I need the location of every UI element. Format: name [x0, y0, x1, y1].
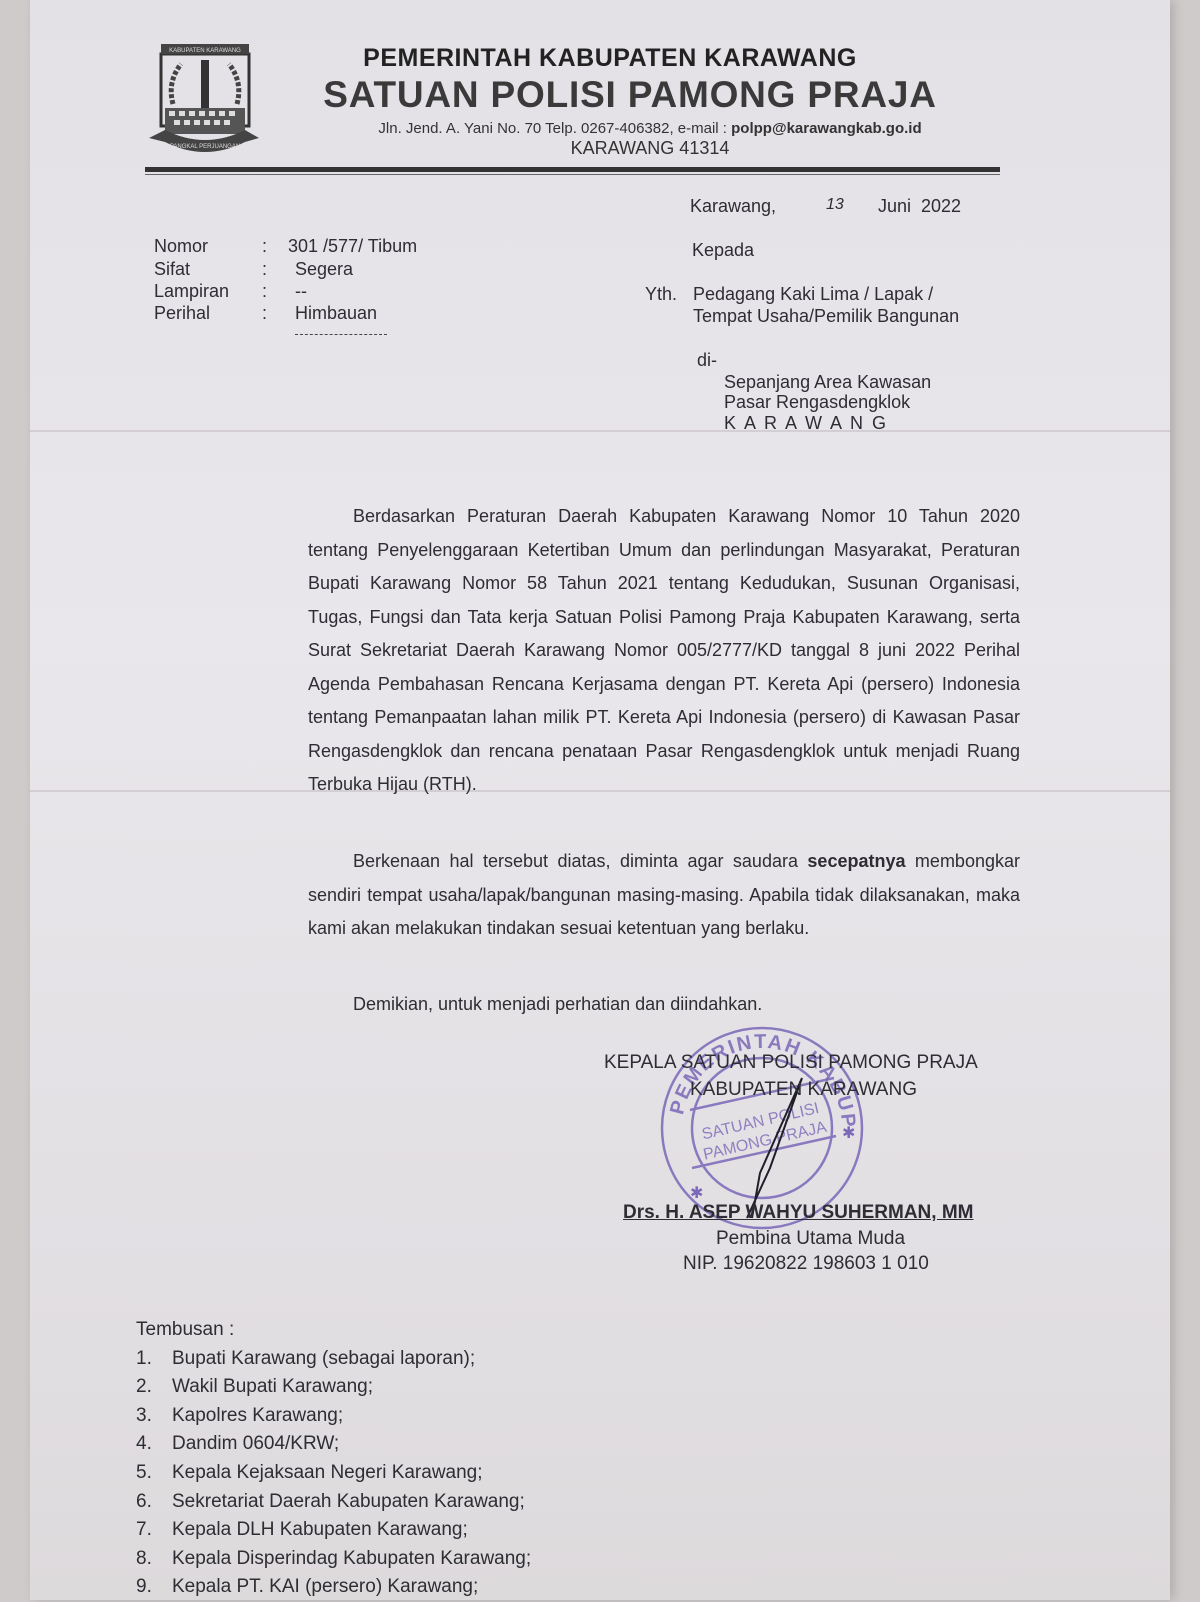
body-paragraph-2: Berkenaan hal tersebut diatas, diminta a… — [308, 845, 1020, 946]
meta-label-perihal: Perihal — [154, 303, 254, 324]
meta-value-lampiran: -- — [295, 281, 307, 302]
agency-city-postal: KARAWANG 41314 — [300, 138, 1000, 159]
paper-fold-line — [30, 430, 1170, 432]
signatory-title-line1: KEPALA SATUAN POLISI PAMONG PRAJA — [604, 1052, 978, 1074]
meta-value-sifat: Segera — [295, 259, 353, 280]
meta-colon: : — [262, 236, 267, 257]
meta-label-sifat: Sifat — [154, 259, 254, 280]
cc-item: 8.Kepala Disperindag Kabupaten Karawang; — [136, 1545, 531, 1574]
recipient-location3: K A R A W A N G — [724, 413, 888, 434]
body-paragraph-1: Berdasarkan Peraturan Daerah Kabupaten K… — [308, 500, 1020, 802]
meta-colon: : — [262, 303, 267, 324]
date-month-year: Juni 2022 — [878, 196, 961, 217]
cc-label: Tembusan : — [136, 1316, 531, 1345]
p2-text-before: Berkenaan hal tersebut diatas, diminta a… — [353, 851, 807, 871]
meta-value-perihal: Himbauan — [295, 303, 377, 324]
recipient-line2: Tempat Usaha/Pemilik Bangunan — [693, 306, 959, 327]
agency-email: polpp@karawangkab.go.id — [731, 120, 921, 137]
signatory-nip: NIP. 19620822 198603 1 010 — [683, 1253, 929, 1275]
government-name: PEMERINTAH KABUPATEN KARAWANG — [300, 44, 920, 73]
date-place: Karawang, — [690, 196, 776, 217]
stamp-star-icon: ✱ — [842, 1125, 855, 1142]
recipient-line1: Pedagang Kaki Lima / Lapak / — [693, 284, 933, 305]
cc-item: 6.Sekretariat Daerah Kabupaten Karawang; — [136, 1488, 531, 1517]
karawang-emblem-icon: KABUPATEN KARAWANG PANGKAL PERJUANGAN — [145, 42, 263, 160]
cc-item: 5.Kepala Kejaksaan Negeri Karawang; — [136, 1459, 531, 1488]
meta-label-nomor: Nomor — [154, 236, 254, 257]
carbon-copy-list: Tembusan : 1.Bupati Karawang (sebagai la… — [136, 1316, 531, 1600]
recipient-di: di- — [697, 350, 717, 371]
agency-name: SATUAN POLISI PAMONG PRAJA — [300, 74, 960, 116]
cc-item: 4.Dandim 0604/KRW; — [136, 1430, 531, 1459]
meta-label-lampiran: Lampiran — [154, 281, 254, 302]
meta-value-nomor: 301 /577/ Tibum — [288, 236, 417, 257]
address-text: Jln. Jend. A. Yani No. 70 Telp. 0267-406… — [378, 120, 731, 137]
perihal-underline — [295, 334, 387, 335]
emblem-caption-top: KABUPATEN KARAWANG — [169, 48, 241, 54]
cc-item: 3.Kapolres Karawang; — [136, 1402, 531, 1431]
recipient-kepada: Kepada — [692, 240, 754, 261]
recipient-yth: Yth. — [645, 284, 677, 305]
meta-colon: : — [262, 281, 267, 302]
stamp-star-icon: ✱ — [690, 1185, 703, 1202]
cc-item: 2.Wakil Bupati Karawang; — [136, 1373, 531, 1402]
cc-item: 9.Kepala PT. KAI (persero) Karawang; — [136, 1573, 531, 1600]
cc-item: 7.Kepala DLH Kabupaten Karawang; — [136, 1516, 531, 1545]
emblem-caption-bottom: PANGKAL PERJUANGAN — [170, 144, 240, 150]
recipient-location2: Pasar Rengasdengklok — [724, 392, 910, 413]
body-paragraph-3: Demikian, untuk menjadi perhatian dan di… — [308, 988, 1020, 1022]
recipient-location1: Sepanjang Area Kawasan — [724, 372, 931, 393]
letterhead-rule-thick — [145, 167, 1000, 172]
signatory-name: Drs. H. ASEP WAHYU SUHERMAN, MM — [623, 1202, 973, 1224]
signatory-title-line2: KABUPATEN KARAWANG — [690, 1079, 917, 1101]
signatory-rank: Pembina Utama Muda — [716, 1228, 905, 1250]
meta-colon: : — [262, 259, 267, 280]
cc-item: 1.Bupati Karawang (sebagai laporan); — [136, 1345, 531, 1374]
agency-address: Jln. Jend. A. Yani No. 70 Telp. 0267-406… — [300, 120, 1000, 137]
p2-emphasis: secepatnya — [807, 851, 905, 871]
date-day: 13 — [826, 196, 844, 214]
letterhead-rule-thin — [145, 174, 1000, 175]
